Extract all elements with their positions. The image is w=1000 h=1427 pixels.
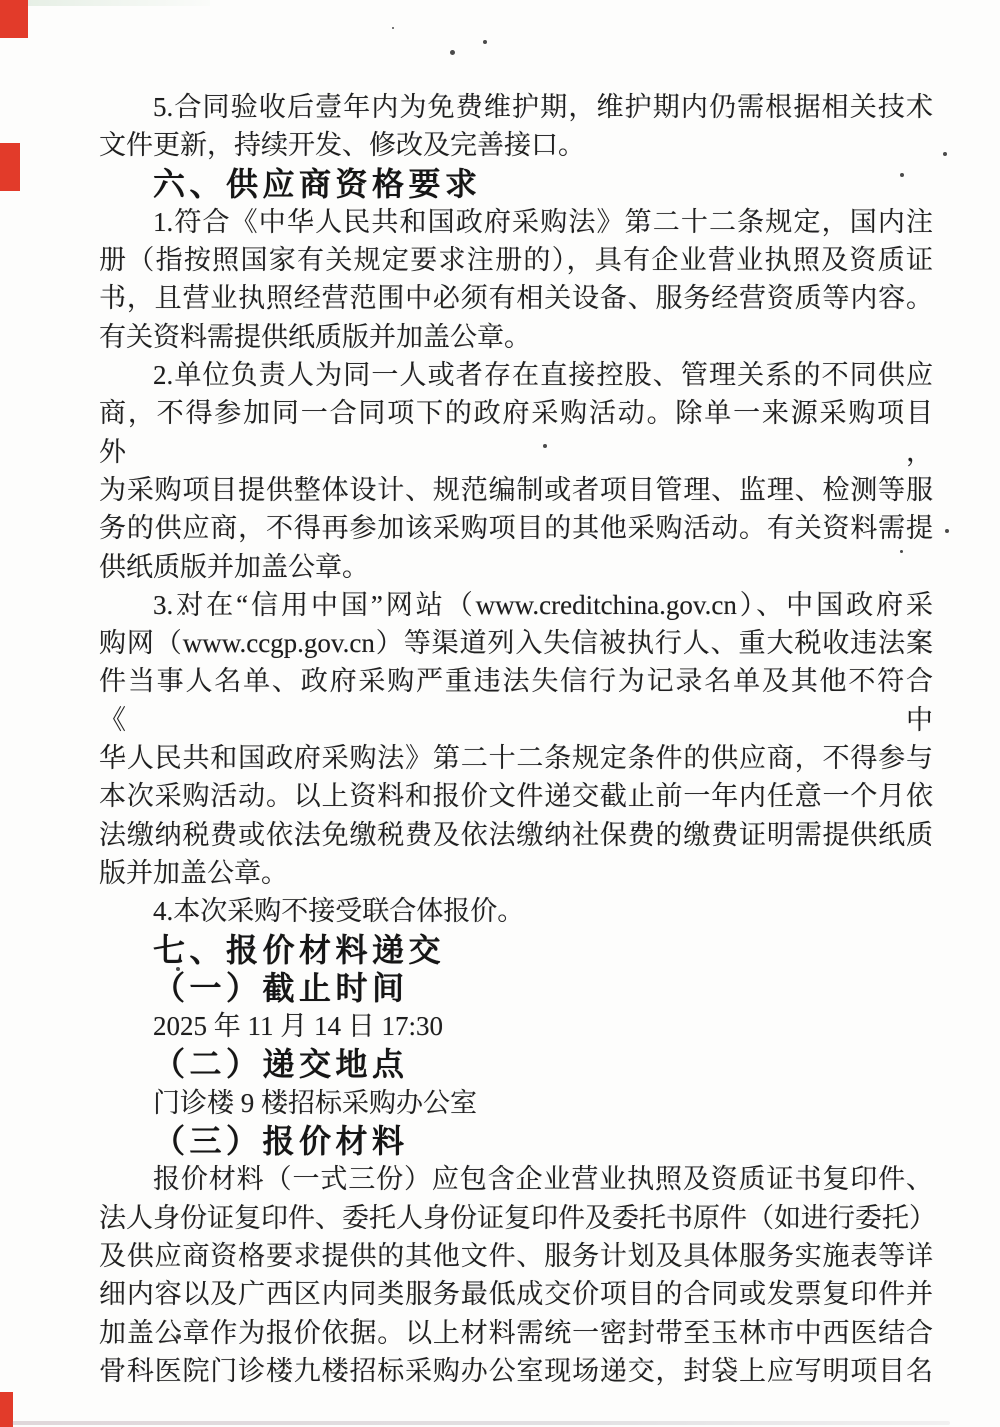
heading-line: 六、供应商资格要求 xyxy=(99,165,933,203)
text-line: 法人身份证复印件、委托人身份证复印件及委托书原件（如进行委托） xyxy=(99,1199,933,1237)
ink-speck xyxy=(450,50,455,55)
text-line: 华人民共和国政府采购法》第二十二条规定条件的供应商，不得参与 xyxy=(99,739,933,777)
ink-speck xyxy=(176,967,180,971)
text-line: 务的供应商，不得再参加该采购项目的其他采购活动。有关资料需提 xyxy=(99,509,933,547)
heading-line: （一）截止时间 xyxy=(99,969,933,1007)
scanned-page: 5.合同验收后壹年内为免费维护期，维护期内仍需根据相关技术文件更新，持续开发、修… xyxy=(0,0,1000,1427)
ink-speck xyxy=(483,40,487,44)
text-line: 供纸质版并加盖公章。 xyxy=(99,548,933,586)
red-edge-mark xyxy=(0,0,28,38)
heading-line: （三）报价材料 xyxy=(99,1122,933,1160)
document-body: 5.合同验收后壹年内为免费维护期，维护期内仍需根据相关技术文件更新，持续开发、修… xyxy=(99,88,933,1390)
text-line: 版并加盖公章。 xyxy=(99,854,933,892)
text-line: 2.单位负责人为同一人或者存在直接控股、管理关系的不同供应 xyxy=(99,356,933,394)
text-line: 3.对在“信用中国”网站（www.creditchina.gov.cn）、中国政… xyxy=(99,586,933,624)
text-line: 法缴纳税费或依法免缴税费及依法缴纳社保费的缴费证明需提供纸质 xyxy=(99,816,933,854)
text-line: 购网（www.ccgp.gov.cn）等渠道列入失信被执行人、重大税收违法案 xyxy=(99,624,933,662)
ink-speck xyxy=(900,173,904,177)
text-line: 5.合同验收后壹年内为免费维护期，维护期内仍需根据相关技术 xyxy=(99,88,933,126)
ink-speck xyxy=(182,612,185,615)
scan-edge-shadow xyxy=(12,1421,950,1425)
text-line: 骨科医院门诊楼九楼招标采购办公室现场递交，封袋上应写明项目名 xyxy=(99,1352,933,1390)
text-line: 文件更新，持续开发、修改及完善接口。 xyxy=(99,126,933,164)
text-line: 4.本次采购不接受联合体报价。 xyxy=(99,892,933,930)
text-line: 书，且营业执照经营范围中必须有相关设备、服务经营资质等内容。 xyxy=(99,279,933,317)
ink-speck xyxy=(945,529,949,533)
text-line: 及供应商资格要求提供的其他文件、服务计划及具体服务实施表等详 xyxy=(99,1237,933,1275)
scan-edge-tint xyxy=(0,0,210,6)
ink-speck xyxy=(392,27,394,29)
ink-speck xyxy=(176,1334,181,1339)
text-line: 册（指按照国家有关规定要求注册的），具有企业营业执照及资质证 xyxy=(99,241,933,279)
ink-speck xyxy=(356,1318,359,1321)
text-line: 报价材料（一式三份）应包含企业营业执照及资质证书复印件、 xyxy=(99,1160,933,1198)
text-line: 商，不得参加同一合同项下的政府采购活动。除单一来源采购项目外， xyxy=(99,394,933,471)
ink-speck xyxy=(943,152,947,156)
text-line: 件当事人名单、政府采购严重违法失信行为记录名单及其他不符合《中 xyxy=(99,662,933,739)
text-line: 门诊楼 9 楼招标采购办公室 xyxy=(99,1084,933,1122)
text-line: 1.符合《中华人民共和国政府采购法》第二十二条规定，国内注 xyxy=(99,203,933,241)
heading-line: 七、报价材料递交 xyxy=(99,931,933,969)
ink-speck xyxy=(543,444,547,448)
text-line: 细内容以及广西区内同类服务最低成交价项目的合同或发票复印件并 xyxy=(99,1275,933,1313)
ink-speck xyxy=(900,550,903,553)
text-line: 本次采购活动。以上资料和报价文件递交截止前一年内任意一个月依 xyxy=(99,777,933,815)
text-line: 为采购项目提供整体设计、规范编制或者项目管理、监理、检测等服 xyxy=(99,471,933,509)
text-line: 有关资料需提供纸质版并加盖公章。 xyxy=(99,318,933,356)
text-line: 加盖公章作为报价依据。以上材料需统一密封带至玉林市中西医结合 xyxy=(99,1314,933,1352)
red-edge-mark xyxy=(0,143,20,191)
heading-line: （二）递交地点 xyxy=(99,1045,933,1083)
text-line: 2025 年 11 月 14 日 17:30 xyxy=(99,1007,933,1045)
